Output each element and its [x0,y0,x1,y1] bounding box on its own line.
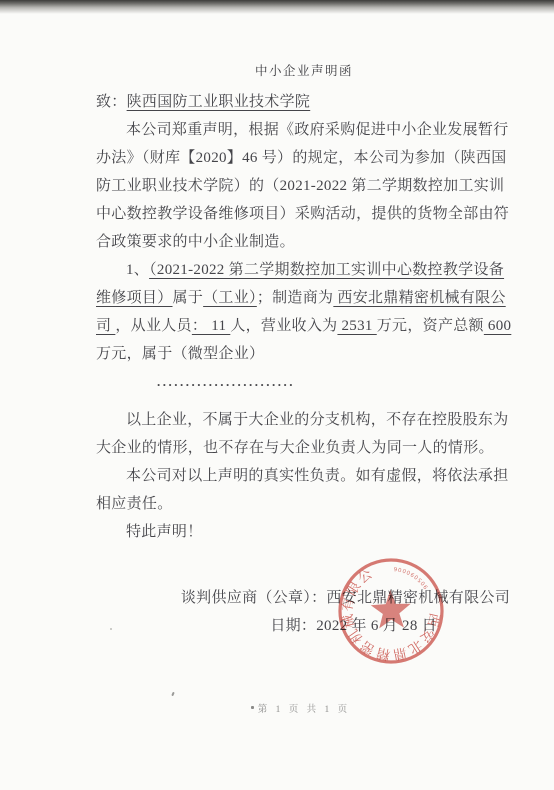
scanner-edge-shadow [0,0,554,14]
manufacturer-label: ；制造商为 [257,290,334,306]
scan-speck [110,628,112,630]
date-value: 2022 年 6 月 28 日 [316,618,437,634]
addressee-line: 致：陕西国防工业职业技术学院 [96,88,512,116]
staff-count: ： 11 [192,318,230,334]
paragraph-closing: 特此声明！ [96,518,512,546]
staff-label: ，从业人员 [115,318,192,334]
page-number: 第 1 页 共 1 页 [96,701,512,715]
belongs-label: 属于 [173,290,204,306]
paragraph-declaration: 本公司郑重声明，根据《政府采购促进中小企业发展暂行办法》（财库【2020】46 … [96,116,512,256]
addressee-label: 致： [96,94,127,110]
paragraph-liability: 本公司对以上声明的真实性负责。如有虚假，将依法承担相应责任。 [96,462,512,518]
industry-value: （工业） [203,290,257,306]
item-number: 1、 [126,262,149,278]
paragraph-item1: 1、（2021-2022 第二学期数控加工实训中心数控教学设备维修项目）属于（工… [96,256,512,368]
page-title: 中小企业声明函 [96,62,512,80]
supplier-signature-line: 谈判供应商（公章）：西安北鼎精密机械有限公司 [96,584,512,612]
enterprise-type: 万元，属于（微型企业） [96,346,264,362]
date-label: 日期： [270,618,316,634]
supplier-name: 西安北鼎精密机械有限公司 [326,590,510,606]
supplier-label: 谈判供应商（公章）： [181,590,327,606]
assets-label: 万元，资产总额 [377,318,484,334]
assets-value: 600 [484,318,511,334]
revenue-label: 人，营业收入为 [230,318,337,334]
ellipsis-line: ........................ [157,368,512,396]
addressee-name: 陕西国防工业职业技术学院 [127,94,311,110]
date-line: 日期：2022 年 6 月 28 日 [96,612,512,640]
document-body: 中小企业声明函 致：陕西国防工业职业技术学院 本公司郑重声明，根据《政府采购促进… [96,62,512,640]
revenue-value: 2531 [337,318,376,334]
scanned-document-page: 中小企业声明函 致：陕西国防工业职业技术学院 本公司郑重声明，根据《政府采购促进… [0,0,554,790]
signature-block: 谈判供应商（公章）：西安北鼎精密机械有限公司 日期：2022 年 6 月 28 … [96,584,512,640]
scan-speck [251,706,254,709]
scan-speck [171,692,175,696]
paragraph-independence: 以上企业，不属于大企业的分支机构，不存在控股股东为大企业的情形，也不存在与大企业… [96,406,512,462]
